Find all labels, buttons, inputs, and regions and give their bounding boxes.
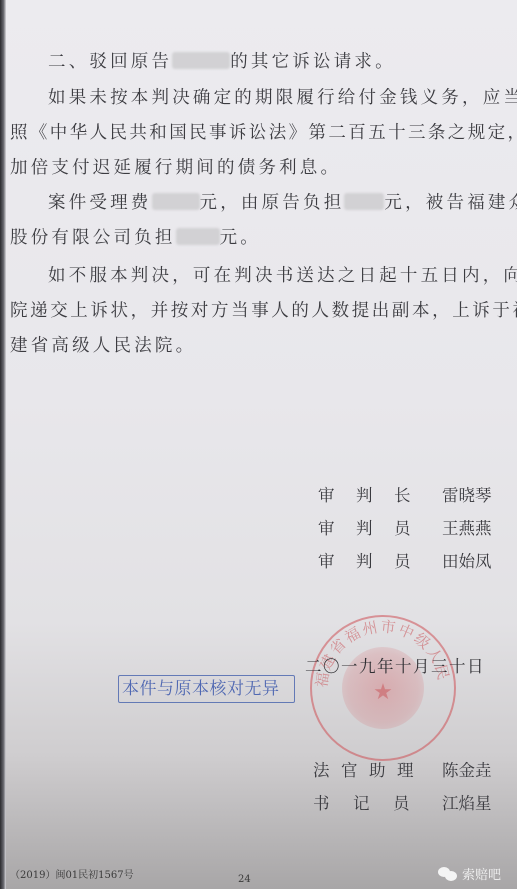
appeal-line: 院递交上诉状，并按对方当事人的人数提出副本，上诉于福: [10, 301, 517, 321]
seal-ring-text: 福建省福州市中级人民法院 ★: [312, 617, 454, 759]
redacted-fee-amount: [152, 193, 200, 210]
redacted-plaintiff-name: [172, 52, 230, 69]
document-page: 二、驳回原告的其它诉讼请求。 如果未按本判决确定的期限履行给付金钱义务，应当依 …: [0, 0, 517, 889]
copy-verified-stamp: 本件与原本核对无异: [118, 675, 295, 703]
wechat-icon: [438, 866, 458, 882]
judgment-item-two: 二、驳回原告的其它诉讼请求。: [48, 52, 396, 72]
paragraph-line: 如果未按本判决确定的期限履行给付金钱义务，应当依: [48, 88, 517, 108]
watermark-label: 索赔吧: [462, 864, 501, 883]
judge-name: 王燕燕: [442, 515, 492, 539]
clerk-name: 江焰星: [442, 790, 492, 814]
redacted-plaintiff-fee: [344, 193, 384, 210]
appeal-line: 建省高级人民法院。: [10, 336, 196, 356]
redacted-defendant-fee: [176, 228, 220, 245]
court-seal: 福建省福州市中级人民法院 ★: [310, 615, 456, 761]
court-fee-line: 案件受理费元，由原告负担元，被告福建众和: [48, 193, 517, 213]
court-fee-line-2: 股份有限公司负担元。: [10, 228, 261, 248]
paragraph-line: 照《中华人民共和国民事诉讼法》第二百五十三条之规定，: [10, 123, 517, 143]
case-number: （2019）闽01民初1567号: [10, 866, 134, 881]
judgment-date: 二〇一九年十月三十日: [305, 653, 485, 677]
judge-assistant-name: 陈金垚: [442, 757, 492, 781]
page-number: 24: [238, 874, 251, 885]
page-edge-shadow: [0, 0, 6, 889]
paragraph-line: 加倍支付迟延履行期间的债务利息。: [10, 158, 341, 178]
judge-name: 田始凤: [442, 548, 492, 572]
watermark: 索赔吧: [438, 864, 501, 883]
appeal-line: 如不服本判决，可在判决书送达之日起十五日内，向本: [48, 266, 517, 286]
presiding-judge-name: 雷晓琴: [442, 482, 492, 506]
svg-text:★: ★: [373, 680, 393, 705]
